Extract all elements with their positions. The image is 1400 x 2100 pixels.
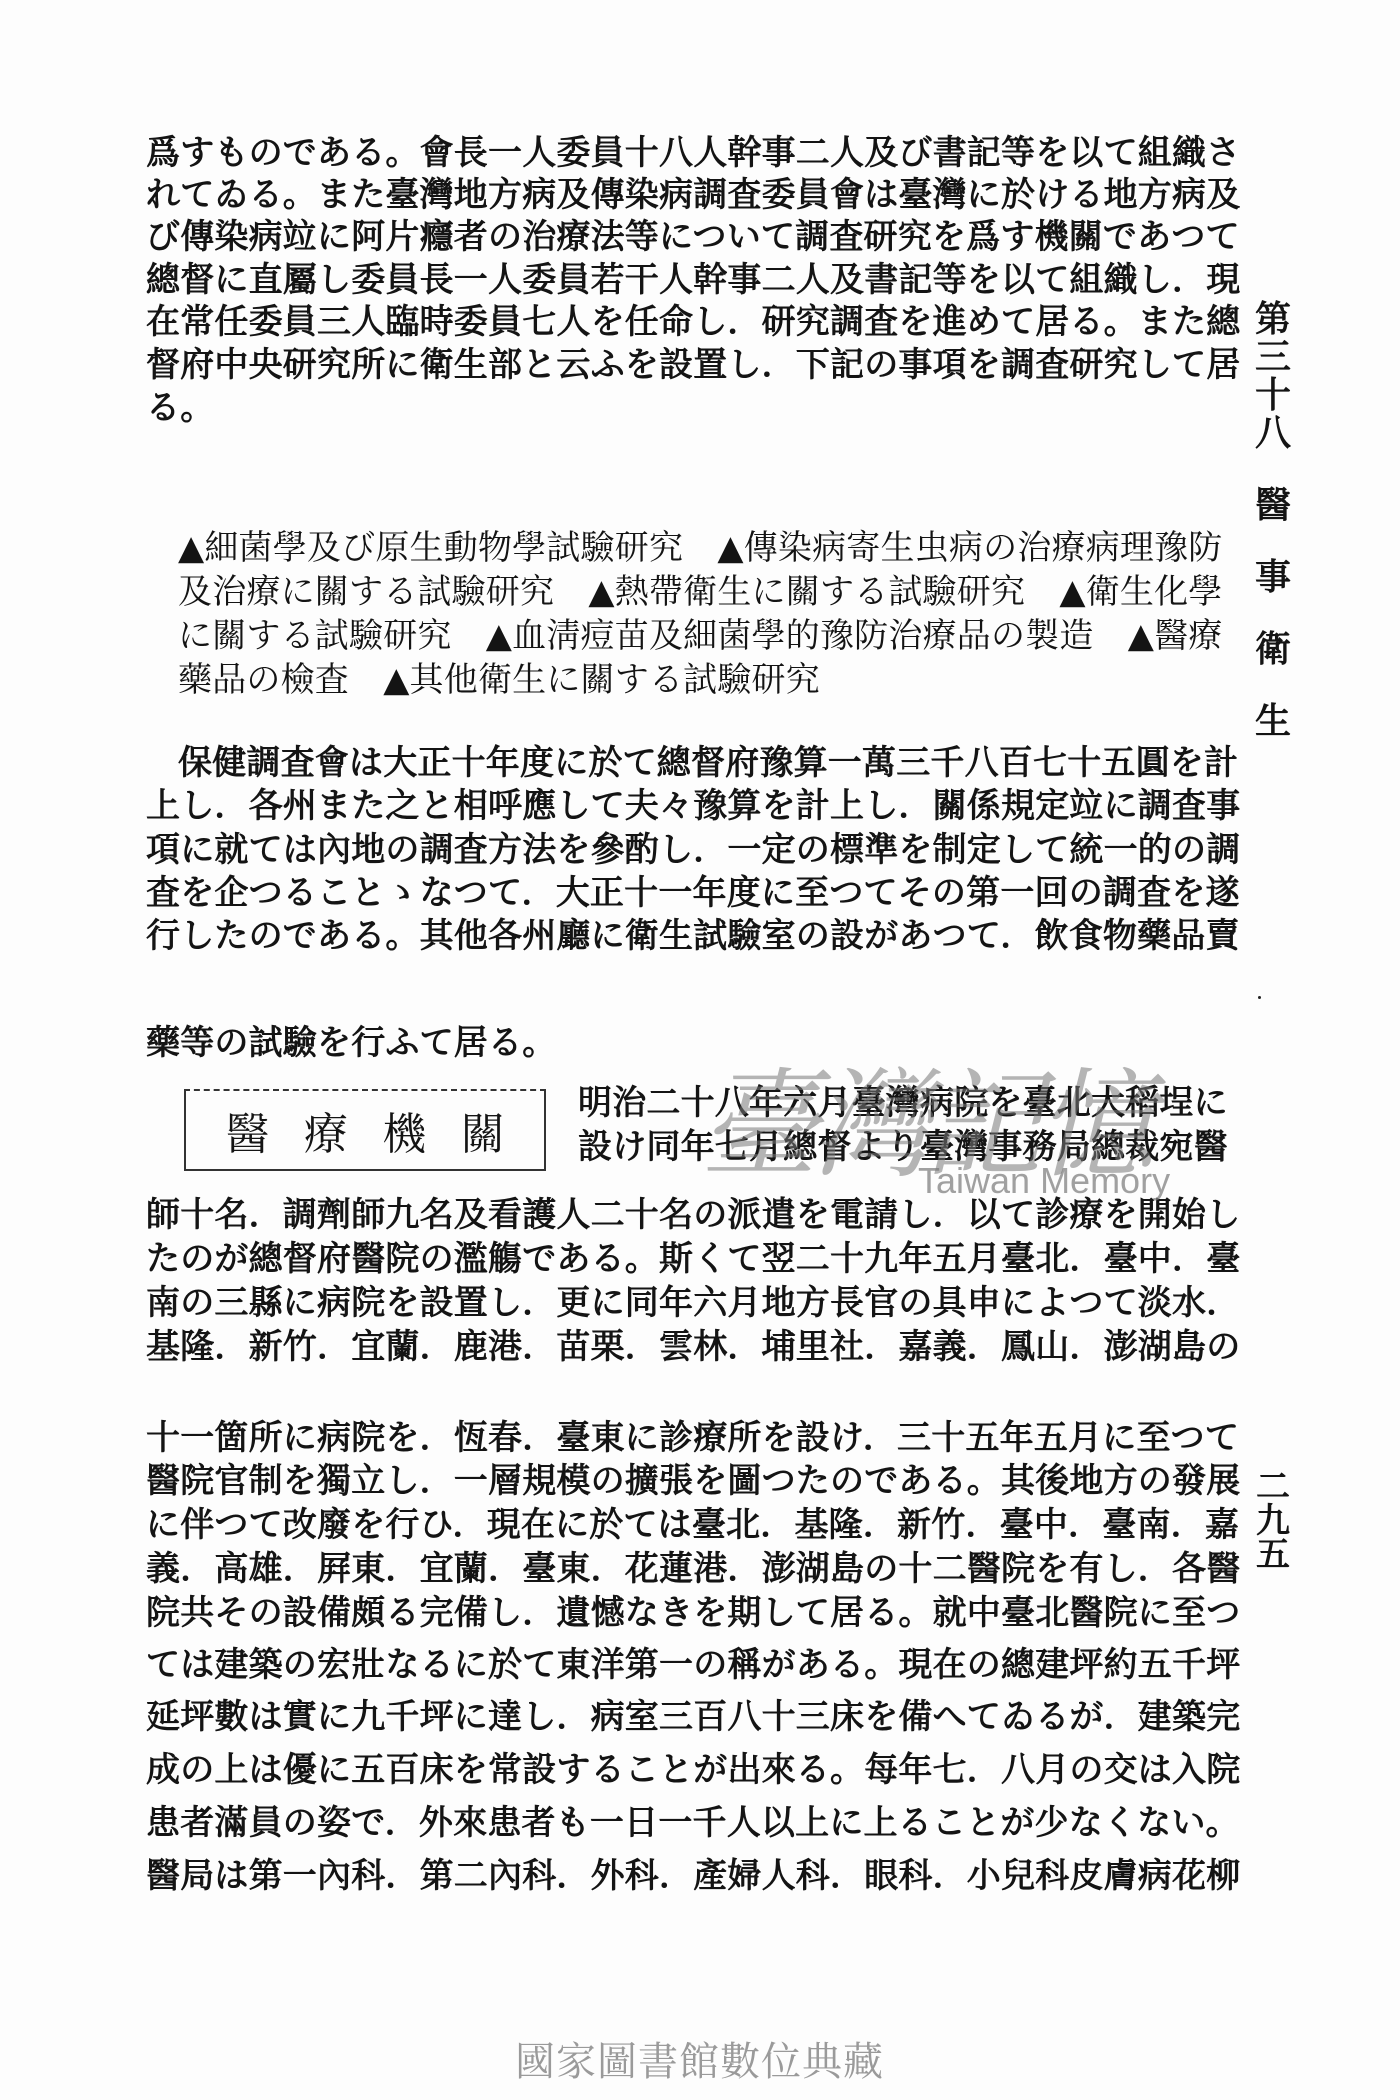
research-item-line: 及治療に關する試驗研究 ▲熱帶衛生に關する試驗研究 ▲衛生化學	[178, 572, 1221, 612]
margin-char: 八	[1252, 414, 1294, 452]
page-number: 二 九 五	[1252, 1470, 1294, 1572]
text-line: 爲すものである。會長一人委員十八人幹事二人及び書記等を以て組織さ	[146, 133, 1221, 173]
section-heading-char: 療	[304, 1098, 348, 1162]
page-number-char: 九	[1252, 1504, 1294, 1538]
research-item-line: に關する試驗研究 ▲血淸痘苗及細菌學的豫防治療品の製造 ▲醫療	[178, 616, 1221, 656]
text-line: 上し．各州また之と相呼應して夫々豫算を計上し．關係規定竝に調査事	[146, 786, 1221, 826]
margin-char: 事	[1252, 558, 1294, 596]
text-line: 院共その設備頗る完備し．遺憾なきを期して居る。就中臺北醫院に至つ	[146, 1593, 1221, 1633]
text-line: 延坪數は實に九千坪に達し．病室三百八十三床を備へてゐるが．建築完	[146, 1697, 1221, 1737]
text-line: たのが總督府醫院の濫觴である。斯くて翌二十九年五月臺北．臺中．臺	[146, 1239, 1221, 1279]
text-line: び傳染病竝に阿片癮者の治療法等について調査研究を爲す機關であつて	[146, 217, 1221, 257]
document-page: 爲すものである。會長一人委員十八人幹事二人及び書記等を以て組織さ れてゐる。また…	[0, 0, 1400, 2100]
text-line: 保健調査會は大正十年度に於て總督府豫算一萬三千八百七十五圓を計	[178, 743, 1221, 783]
text-line: 義．高雄．屛東．宜蘭．臺東．花蓮港．澎湖島の十二醫院を有し．各醫	[146, 1549, 1221, 1589]
text-line: 督府中央研究所に衛生部と云ふを設置し．下記の事項を調査研究して居	[146, 345, 1221, 385]
scan-speck	[1258, 996, 1261, 999]
section-heading-char: 醫	[225, 1098, 269, 1162]
text-line: 患者滿員の姿で．外來患者も一日一千人以上に上ることが少なくない。	[146, 1803, 1221, 1843]
research-item-line: ▲細菌學及び原生動物學試驗研究 ▲傳染病寄生虫病の治療病理豫防	[178, 528, 1221, 568]
text-line: ては建築の宏壯なるに於て東洋第一の稱がある。現在の總建坪約五千坪	[146, 1645, 1221, 1685]
text-line: 基隆．新竹．宜蘭．鹿港．苗栗．雲林．埔里社．嘉義．鳳山．澎湖島の	[146, 1327, 1221, 1367]
margin-char: 十	[1252, 376, 1294, 414]
chapter-margin-heading: 第 三 十 八 醫 事 衛 生	[1252, 300, 1294, 740]
scan-speck	[1186, 1304, 1191, 1309]
margin-char: 第	[1252, 300, 1294, 338]
library-footer: 國家圖書館數位典藏	[515, 2030, 884, 2087]
text-line: 十一箇所に病院を．恆春．臺東に診療所を設け．三十五年五月に至つて	[146, 1418, 1221, 1458]
section-heading-char: 機	[382, 1098, 426, 1162]
text-line: 項に就ては內地の調査方法を參酌し．一定の標準を制定して統一的の調	[146, 830, 1221, 870]
section-heading-box: 醫 療 機 關	[184, 1089, 546, 1171]
text-line: 南の三縣に病院を設置し．更に同年六月地方長官の具申によつて淡水．	[146, 1283, 1221, 1323]
text-line: 行したのである。其他各州廳に衛生試驗室の設があつて．飲食物藥品賣	[146, 916, 1221, 956]
margin-char: 衛	[1252, 630, 1294, 668]
section-heading-char: 關	[461, 1098, 505, 1162]
text-line: 査を企つることゝなつて．大正十一年度に至つてその第一回の調査を遂	[146, 873, 1221, 913]
text-line: 總督に直屬し委員長一人委員若干人幹事二人及書記等を以て組織し．現	[146, 260, 1221, 300]
margin-char: 醫	[1252, 486, 1294, 524]
watermark-english: Taiwan Memory	[918, 1160, 1170, 1202]
text-line: る。	[146, 388, 1221, 428]
page-number-char: 二	[1252, 1470, 1294, 1504]
text-line: 醫院官制を獨立し．一層規模の擴張を圖つたのである。其後地方の發展	[146, 1461, 1221, 1501]
research-item-line: 藥品の檢査 ▲其他衛生に關する試驗研究	[178, 660, 1221, 700]
page-number-char: 五	[1252, 1538, 1294, 1572]
text-line: に伴つて改廢を行ひ．現在に於ては臺北．基隆．新竹．臺中．臺南．嘉	[146, 1505, 1221, 1545]
text-line: 成の上は優に五百床を常設することが出來る。每年七．八月の交は入院	[146, 1750, 1221, 1790]
text-line: 醫局は第一內科．第二內科．外科．產婦人科．眼科．小兒科皮膚病花柳	[146, 1856, 1221, 1896]
margin-char: 三	[1252, 338, 1294, 376]
margin-char: 生	[1252, 702, 1294, 740]
text-line: 在常任委員三人臨時委員七人を任命し．研究調査を進めて居る。また總	[146, 302, 1221, 342]
text-line: れてゐる。また臺灣地方病及傳染病調査委員會は臺灣に於ける地方病及	[146, 175, 1221, 215]
